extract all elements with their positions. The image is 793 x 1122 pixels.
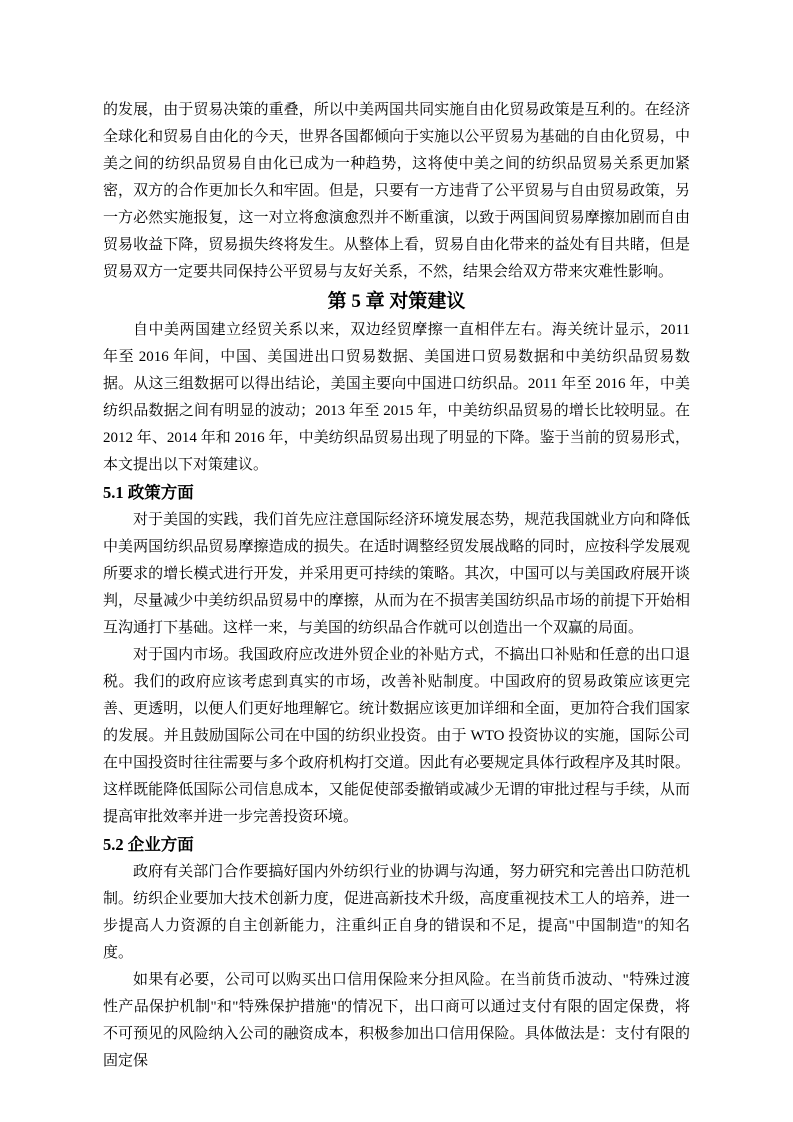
enterprise-coordination-paragraph: 政府有关部门合作要搞好国内外纺织行业的协调与沟通，努力研究和完善出口防范机制。纺… — [103, 859, 690, 967]
document-page: 的发展，由于贸易决策的重叠，所以中美两国共同实施自由化贸易政策是互利的。在经济全… — [0, 0, 793, 1122]
document-body: 的发展，由于贸易决策的重叠，所以中美两国共同实施自由化贸易政策是互利的。在经济全… — [103, 97, 690, 1075]
enterprise-insurance-paragraph: 如果有必要，公司可以购买出口信用保险来分担风险。在当前货币波动、"特殊过渡性产品… — [103, 967, 690, 1075]
section-5-1-heading: 5.1 政策方面 — [103, 479, 690, 507]
chapter-heading: 第 5 章 对策建议 — [103, 286, 690, 317]
leading-paragraph: 的发展，由于贸易决策的重叠，所以中美两国共同实施自由化贸易政策是互利的。在经济全… — [103, 97, 690, 286]
chapter-intro-paragraph: 自中美两国建立经贸关系以来，双边经贸摩擦一直相伴左右。海关统计显示，2011 年… — [103, 317, 690, 479]
section-5-2-heading: 5.2 企业方面 — [103, 831, 690, 859]
policy-domestic-paragraph: 对于国内市场。我国政府应改进外贸企业的补贴方式，不搞出口补贴和任意的出口退税。我… — [103, 642, 690, 831]
policy-us-paragraph: 对于美国的实践，我们首先应注意国际经济环境发展态势，规范我国就业方向和降低中美两… — [103, 507, 690, 642]
